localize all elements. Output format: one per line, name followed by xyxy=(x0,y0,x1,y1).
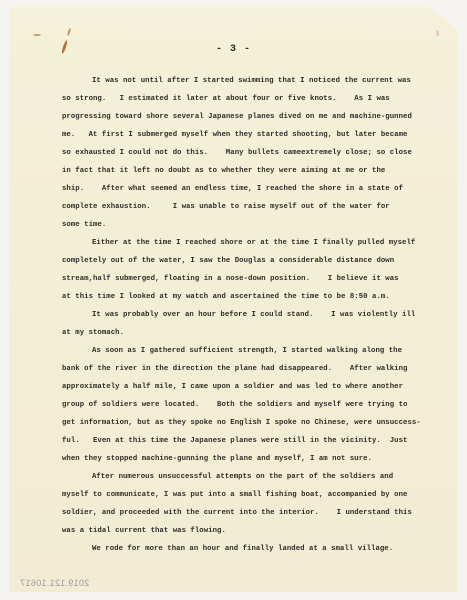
rust-stain xyxy=(33,34,41,36)
text-line: some time. xyxy=(62,216,410,234)
page-number: - 3 - xyxy=(0,44,467,55)
paragraph: It was not until after I started swimmin… xyxy=(62,72,410,234)
text-line: After numerous unsuccessful attempts on … xyxy=(62,468,410,486)
text-line: ful. Even at this time the Japanese plan… xyxy=(62,432,410,450)
text-line: myself to communicate, I was put into a … xyxy=(62,486,410,504)
paragraph: As soon as I gathered sufficient strengt… xyxy=(62,342,410,468)
catalog-number: 2019.121.10617 xyxy=(20,578,89,588)
text-line: bank of the river in the direction the p… xyxy=(62,360,410,378)
text-line: at this time I looked at my watch and as… xyxy=(62,288,410,306)
paragraph: We rode for more than an hour and finall… xyxy=(62,540,410,558)
text-line: It was not until after I started swimmin… xyxy=(62,72,410,90)
text-line: We rode for more than an hour and finall… xyxy=(62,540,410,558)
document-body: It was not until after I started swimmin… xyxy=(62,72,410,558)
text-line: in fact that it left no doubt as to whet… xyxy=(62,162,410,180)
paragraph: Either at the time I reached shore or at… xyxy=(62,234,410,306)
text-line: when they stopped machine-gunning the pl… xyxy=(62,450,410,468)
text-line: completely out of the water, I saw the D… xyxy=(62,252,410,270)
text-line: group of soldiers were located. Both the… xyxy=(62,396,410,414)
paragraph: It was probably over an hour before I co… xyxy=(62,306,410,342)
text-line: As soon as I gathered sufficient strengt… xyxy=(62,342,410,360)
text-line: get information, but as they spoke no En… xyxy=(62,414,410,432)
ink-mark xyxy=(436,30,439,36)
text-line: complete exhaustion. I was unable to rai… xyxy=(62,198,410,216)
text-line: Either at the time I reached shore or at… xyxy=(62,234,410,252)
text-line: so strong. I estimated it later at about… xyxy=(62,90,410,108)
paragraph: After numerous unsuccessful attempts on … xyxy=(62,468,410,540)
text-line: was a tidal current that was flowing. xyxy=(62,522,410,540)
text-line: soldier, and proceeded with the current … xyxy=(62,504,410,522)
text-line: stream,half submerged, floating in a nos… xyxy=(62,270,410,288)
text-line: so exhausted I could not do this. Many b… xyxy=(62,144,410,162)
text-line: approximately a half mile, I came upon a… xyxy=(62,378,410,396)
text-line: at my stomach. xyxy=(62,324,410,342)
text-line: progressing toward shore several Japanes… xyxy=(62,108,410,126)
text-line: me. At first I submerged myself when the… xyxy=(62,126,410,144)
text-line: ship. After what seemed an endless time,… xyxy=(62,180,410,198)
text-line: It was probably over an hour before I co… xyxy=(62,306,410,324)
